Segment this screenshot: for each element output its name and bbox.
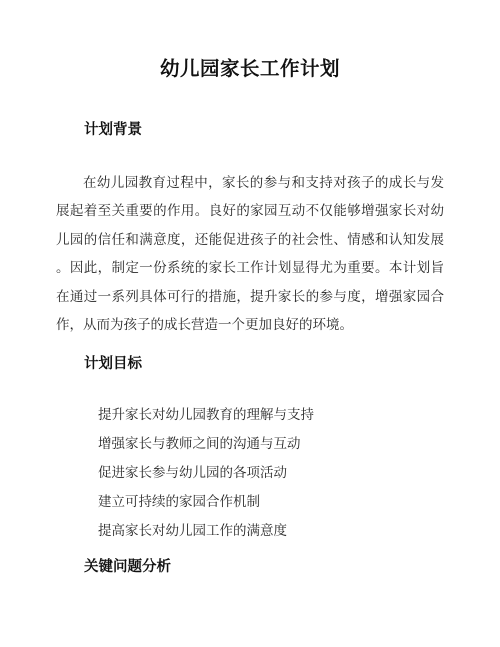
section-heading-analysis: 关键问题分析 (84, 557, 444, 577)
section-heading-background: 计划背景 (84, 120, 444, 140)
goal-item: 提高家长对幼儿园工作的满意度 (98, 517, 444, 546)
goal-item: 促进家长参与幼儿园的各项活动 (98, 459, 444, 488)
goal-item: 建立可持续的家园合作机制 (98, 488, 444, 517)
section-heading-goals: 计划目标 (84, 354, 444, 374)
goal-item: 增强家长与教师之间的沟通与互动 (98, 430, 444, 459)
document-title: 幼儿园家长工作计划 (56, 0, 444, 84)
goals-list: 提升家长对幼儿园教育的理解与支持 增强家长与教师之间的沟通与互动 促进家长参与幼… (56, 401, 444, 545)
section-goals: 计划目标 提升家长对幼儿园教育的理解与支持 增强家长与教师之间的沟通与互动 促进… (56, 354, 444, 545)
document-page: 幼儿园家长工作计划 计划背景 在幼儿园教育过程中，家长的参与和支持对孩子的成长与… (0, 0, 500, 647)
goal-item: 提升家长对幼儿园教育的理解与支持 (98, 401, 444, 430)
section-analysis: 关键问题分析 (56, 557, 444, 577)
section-background: 计划背景 在幼儿园教育过程中，家长的参与和支持对孩子的成长与发展起着至关重要的作… (56, 120, 444, 339)
background-paragraph: 在幼儿园教育过程中，家长的参与和支持对孩子的成长与发展起着至关重要的作用。良好的… (56, 169, 444, 339)
